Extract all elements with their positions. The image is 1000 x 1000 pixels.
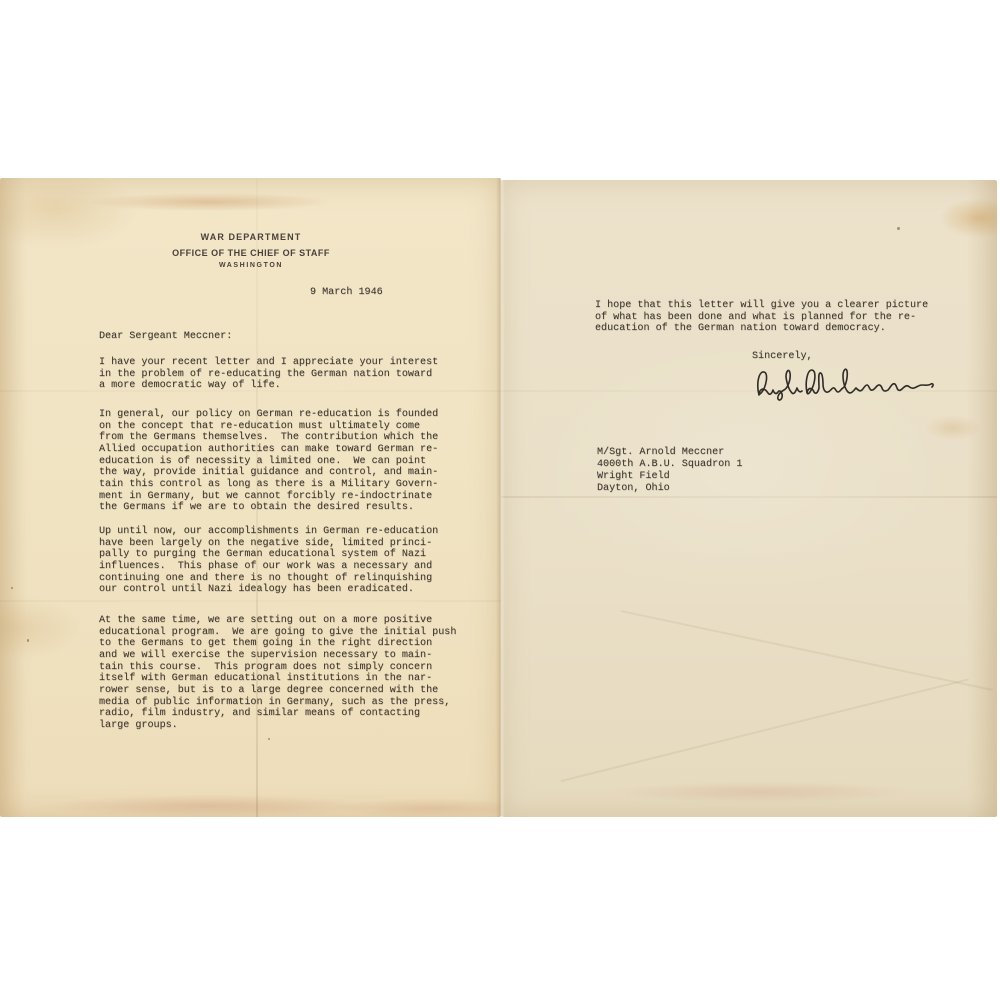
page-seam — [496, 178, 505, 817]
salutation: Dear Sergeant Meccner: — [99, 331, 232, 343]
paper-speck — [11, 587, 13, 589]
letterhead-line-1: WAR DEPARTMENT — [101, 232, 401, 242]
crease-diagonal — [561, 678, 969, 781]
letterhead: WAR DEPARTMENT OFFICE OF THE CHIEF OF ST… — [101, 232, 401, 269]
paragraph-3: Up until now, our accomplishments in Ger… — [99, 526, 438, 596]
letter-page-2: I hope that this letter will give you a … — [501, 180, 997, 817]
paragraph-1: I have your recent letter and I apprecia… — [99, 357, 438, 392]
paragraph-4: At the same time, we are setting out on … — [99, 615, 456, 732]
photo-background: WAR DEPARTMENT OFFICE OF THE CHIEF OF ST… — [0, 0, 1000, 1000]
recipient-address: M/Sgt. Arnold Meccner 4000th A.B.U. Squa… — [597, 447, 742, 495]
paragraph-2: In general, our policy on German re-educ… — [99, 409, 438, 514]
closing-paragraph: I hope that this letter will give you a … — [595, 300, 928, 335]
letterhead-line-2: OFFICE OF THE CHIEF OF STAFF — [101, 248, 401, 258]
letterhead-line-3: WASHINGTON — [101, 262, 401, 269]
fold-crease — [0, 600, 501, 602]
paper-speck — [897, 227, 900, 230]
paper-speck — [268, 738, 270, 740]
fold-crease — [501, 496, 997, 498]
date: 9 March 1946 — [310, 287, 383, 299]
signature — [752, 361, 942, 407]
crease-diagonal — [621, 610, 993, 690]
letter-page-1: WAR DEPARTMENT OFFICE OF THE CHIEF OF ST… — [0, 178, 501, 817]
paper-speck — [27, 639, 29, 642]
